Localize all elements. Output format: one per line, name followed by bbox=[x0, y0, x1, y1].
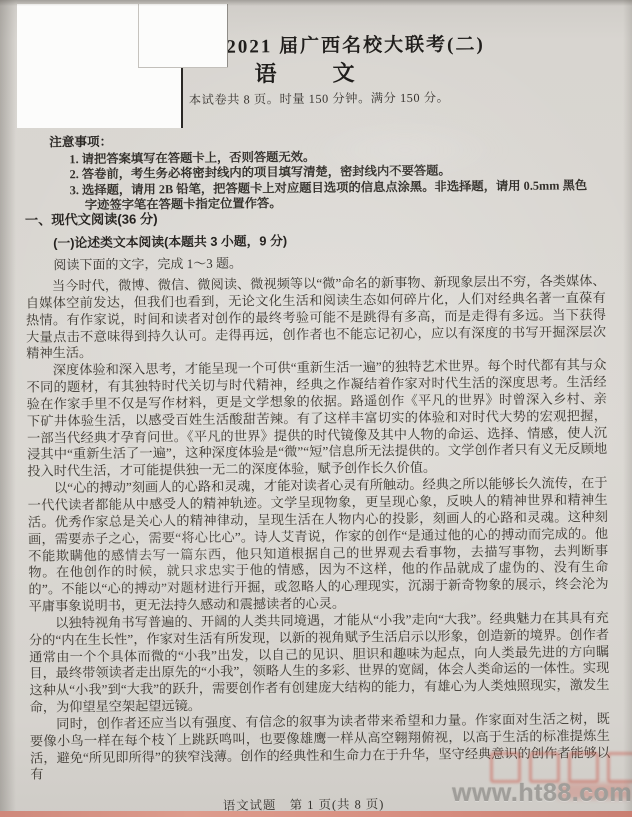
scan-edge-right bbox=[623, 0, 632, 817]
exam-subject: 语 文 bbox=[254, 56, 358, 88]
reading-instruction: 阅读下面的文字，完成 1～3 题。 bbox=[25, 249, 605, 274]
scanned-exam-page: 2021 届广西名校大联考(二) 语 文 本试卷共 8 页。时量 150 分钟。… bbox=[0, 0, 632, 817]
scan-edge-left bbox=[0, 0, 16, 817]
passage-paragraph: 深度体验和深入思考，才能呈现一个可供“重新生活一遍”的独特艺术世界。每个时代都有… bbox=[26, 357, 607, 480]
scan-red-edge-strip bbox=[0, 811, 632, 817]
redaction-seam-horizontal bbox=[138, 67, 228, 68]
redaction-box-bottom bbox=[17, 68, 183, 128]
scan-light-blob bbox=[80, 515, 270, 610]
passage-paragraph: 以独特视角书写普遍的、开阔的人类共同境遇，才能从“小我”走向“大我”。经典魅力在… bbox=[29, 610, 610, 717]
redaction-box-top bbox=[17, 4, 228, 68]
passage-paragraph: 当今时代，微博、微信、微阅读、微视频等以“微”命名的新事物、新现象层出不穷，各类… bbox=[26, 273, 607, 363]
reading-section: 一、现代文阅读(36 分) (一)论述类文本阅读(本题共 3 小题，9 分) 阅… bbox=[25, 204, 610, 784]
paper-info: 本试卷共 8 页。时量 150 分钟。满分 150 分。 bbox=[189, 89, 450, 109]
site-watermark: www.ht88.com bbox=[452, 779, 632, 808]
subsection-heading: (一)论述类文本阅读(本题共 3 小题，9 分) bbox=[25, 227, 605, 252]
redaction-seam-vertical bbox=[138, 4, 139, 68]
scan-light-blob bbox=[300, 115, 510, 185]
exam-title: 2021 届广西名校大联考(二) bbox=[226, 29, 485, 58]
scan-edge-top bbox=[0, 0, 632, 6]
